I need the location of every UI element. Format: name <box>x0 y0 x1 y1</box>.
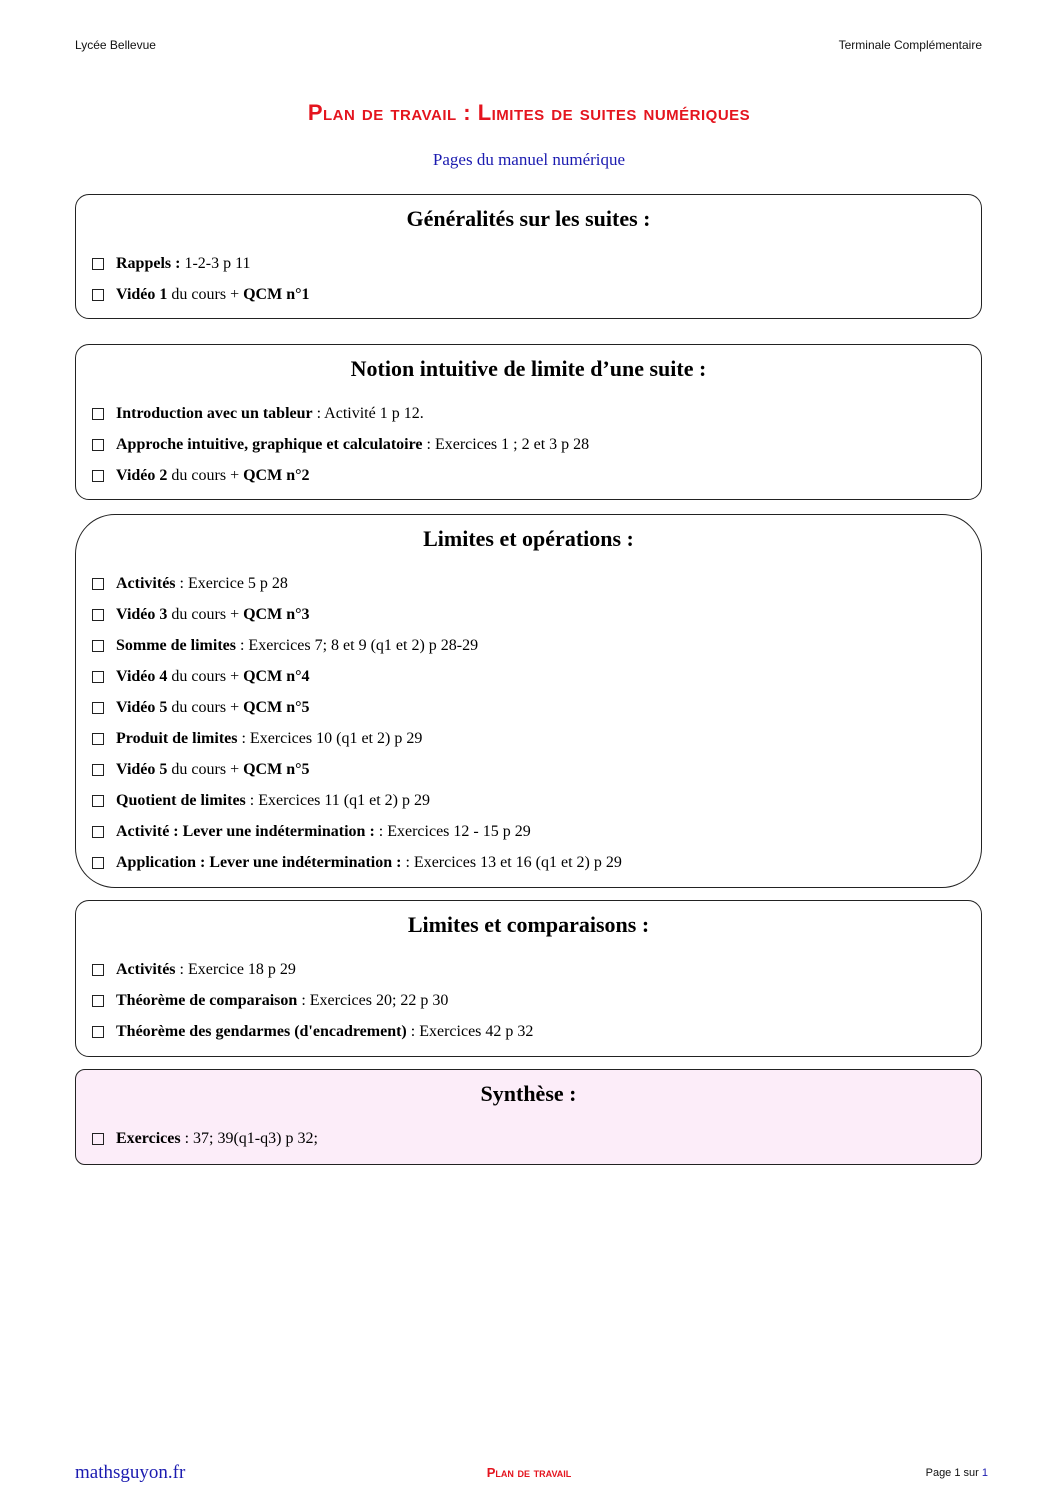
checklist-item: Vidéo 1 du cours + QCM n°1 <box>76 279 981 310</box>
section-notion-intuitive: Notion intuitive de limite d’une suite :… <box>75 344 982 500</box>
checkbox-icon[interactable] <box>92 640 104 652</box>
manual-pages-link[interactable]: Pages du manuel numérique <box>0 150 1058 170</box>
checkbox-icon[interactable] <box>92 609 104 621</box>
item-bold: Introduction avec un tableur <box>116 405 313 423</box>
checkbox-icon[interactable] <box>92 470 104 482</box>
section-title: Limites et opérations : <box>76 528 981 550</box>
item-bold: Exercices <box>116 1130 181 1148</box>
checkbox-icon[interactable] <box>92 857 104 869</box>
section-title: Notion intuitive de limite d’une suite : <box>76 358 981 380</box>
checklist-item: Quotient de limites : Exercices 11 (q1 e… <box>76 785 981 816</box>
item-bold: Vidéo 4 <box>116 668 167 686</box>
footer-doc-title: Plan de travail <box>0 1465 1058 1480</box>
checkbox-icon[interactable] <box>92 795 104 807</box>
item-text: 1-2-3 p 11 <box>180 255 250 273</box>
item-bold2: QCM n°5 <box>243 761 309 779</box>
checkbox-icon[interactable] <box>92 439 104 451</box>
checkbox-icon[interactable] <box>92 733 104 745</box>
checkbox-icon[interactable] <box>92 578 104 590</box>
checklist-item: Vidéo 5 du cours + QCM n°5 <box>76 692 981 723</box>
item-bold: Vidéo 3 <box>116 606 167 624</box>
checkbox-icon[interactable] <box>92 671 104 683</box>
item-bold: Quotient de limites <box>116 792 246 810</box>
item-text: : Exercices 42 p 32 <box>407 1023 534 1041</box>
item-bold: Vidéo 5 <box>116 699 167 717</box>
item-bold2: QCM n°4 <box>243 668 309 686</box>
section-generalites: Généralités sur les suites : Rappels : 1… <box>75 194 982 319</box>
section-synthese: Synthèse : Exercices : 37; 39(q1-q3) p 3… <box>75 1069 982 1165</box>
section-title: Synthèse : <box>76 1083 981 1105</box>
item-text: : Exercices 13 et 16 (q1 et 2) p 29 <box>401 854 621 872</box>
section-title: Limites et comparaisons : <box>76 914 981 936</box>
item-bold: Approche intuitive, graphique et calcula… <box>116 436 423 454</box>
item-text: : Exercices 20; 22 p 30 <box>297 992 448 1010</box>
checklist-item: Activités : Exercice 18 p 29 <box>76 954 981 985</box>
item-text: du cours + <box>167 699 243 717</box>
item-bold: Rappels : <box>116 255 180 273</box>
item-text: du cours + <box>167 286 243 304</box>
item-text: du cours + <box>167 668 243 686</box>
item-bold2: QCM n°1 <box>243 286 309 304</box>
item-bold: Théorème de comparaison <box>116 992 297 1010</box>
item-bold2: QCM n°5 <box>243 699 309 717</box>
item-text: : Exercices 10 (q1 et 2) p 29 <box>237 730 422 748</box>
page-prefix: Page 1 sur <box>926 1467 982 1479</box>
checkbox-icon[interactable] <box>92 702 104 714</box>
item-bold: Activités <box>116 575 176 593</box>
checklist-item: Rappels : 1-2-3 p 11 <box>76 248 981 279</box>
checklist-item: Approche intuitive, graphique et calcula… <box>76 429 981 460</box>
item-text: : Exercices 12 - 15 p 29 <box>375 823 531 841</box>
item-bold: Produit de limites <box>116 730 237 748</box>
item-bold: Activités <box>116 961 176 979</box>
item-bold: Vidéo 1 <box>116 286 167 304</box>
footer-page-number: Page 1 sur 1 <box>926 1467 988 1479</box>
item-bold: Activité : Lever une indétermination : <box>116 823 375 841</box>
checkbox-icon[interactable] <box>92 1026 104 1038</box>
item-text: : Exercices 1 ; 2 et 3 p 28 <box>423 436 590 454</box>
checklist-item: Théorème de comparaison : Exercices 20; … <box>76 985 981 1016</box>
checklist-item: Vidéo 2 du cours + QCM n°2 <box>76 460 981 491</box>
checklist-item: Théorème des gendarmes (d'encadrement) :… <box>76 1016 981 1047</box>
item-bold2: QCM n°2 <box>243 467 309 485</box>
section-limites-operations: Limites et opérations : Activités : Exer… <box>75 514 982 888</box>
checkbox-icon[interactable] <box>92 1133 104 1145</box>
item-bold: Vidéo 5 <box>116 761 167 779</box>
checklist-item: Somme de limites : Exercices 7; 8 et 9 (… <box>76 630 981 661</box>
item-text: : Activité 1 p 12. <box>313 405 424 423</box>
item-text: : Exercice 5 p 28 <box>176 575 288 593</box>
header-school: Lycée Bellevue <box>75 38 156 52</box>
item-bold2: QCM n°3 <box>243 606 309 624</box>
checkbox-icon[interactable] <box>92 258 104 270</box>
checkbox-icon[interactable] <box>92 826 104 838</box>
item-text: du cours + <box>167 606 243 624</box>
checklist-item: Vidéo 4 du cours + QCM n°4 <box>76 661 981 692</box>
checkbox-icon[interactable] <box>92 408 104 420</box>
header-class: Terminale Complémentaire <box>839 38 982 52</box>
checkbox-icon[interactable] <box>92 995 104 1007</box>
item-text: : Exercices 11 (q1 et 2) p 29 <box>246 792 430 810</box>
item-text: : Exercices 7; 8 et 9 (q1 et 2) p 28-29 <box>236 637 478 655</box>
item-text: du cours + <box>167 761 243 779</box>
checklist-item: Exercices : 37; 39(q1-q3) p 32; <box>76 1123 981 1154</box>
item-text: : 37; 39(q1-q3) p 32; <box>181 1130 318 1148</box>
checklist-item: Vidéo 3 du cours + QCM n°3 <box>76 599 981 630</box>
checklist-item: Activité : Lever une indétermination : :… <box>76 816 981 847</box>
item-bold: Vidéo 2 <box>116 467 167 485</box>
item-bold: Théorème des gendarmes (d'encadrement) <box>116 1023 407 1041</box>
section-limites-comparaisons: Limites et comparaisons : Activités : Ex… <box>75 900 982 1057</box>
checkbox-icon[interactable] <box>92 289 104 301</box>
item-bold: Somme de limites <box>116 637 236 655</box>
item-text: du cours + <box>167 467 243 485</box>
checklist-item: Activités : Exercice 5 p 28 <box>76 568 981 599</box>
page-title: Plan de travail : Limites de suites numé… <box>0 100 1058 126</box>
item-text: : Exercice 18 p 29 <box>176 961 296 979</box>
item-bold: Application : Lever une indétermination … <box>116 854 401 872</box>
checklist-item: Vidéo 5 du cours + QCM n°5 <box>76 754 981 785</box>
section-title: Généralités sur les suites : <box>76 208 981 230</box>
checkbox-icon[interactable] <box>92 764 104 776</box>
checkbox-icon[interactable] <box>92 964 104 976</box>
checklist-item: Application : Lever une indétermination … <box>76 847 981 878</box>
checklist-item: Introduction avec un tableur : Activité … <box>76 398 981 429</box>
checklist-item: Produit de limites : Exercices 10 (q1 et… <box>76 723 981 754</box>
page-total: 1 <box>982 1467 988 1479</box>
